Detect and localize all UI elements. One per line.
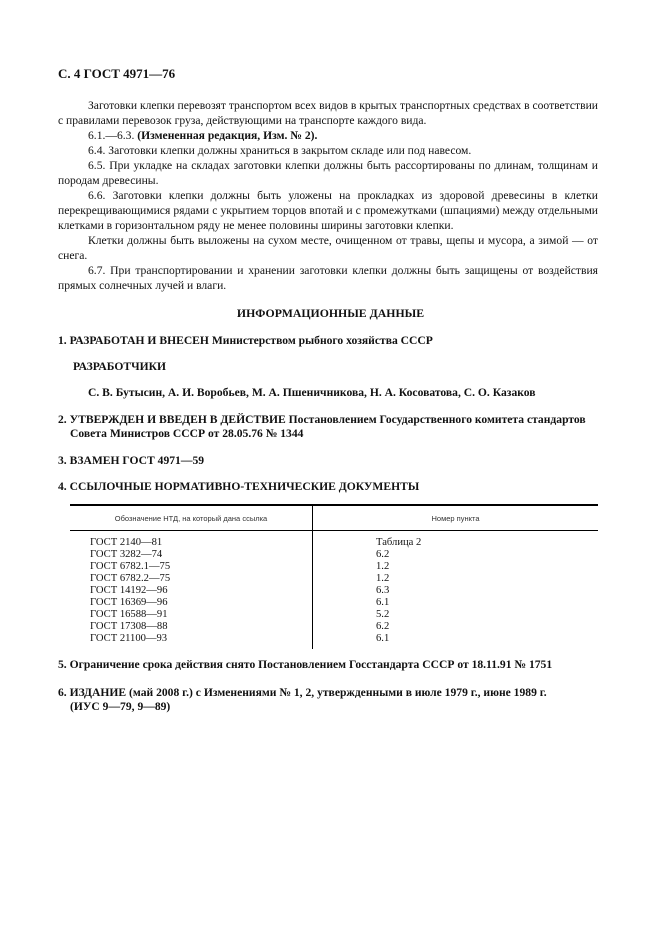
info-item-2-line1: 2. УТВЕРЖДЕН И ВВЕДЕН В ДЕЙСТВИЕ Постано…: [58, 413, 586, 426]
table-row: ГОСТ 6782.2—751.2: [70, 573, 598, 585]
developers-label: РАЗРАБОТЧИКИ: [73, 360, 618, 374]
table-row: ГОСТ 21100—936.1: [70, 633, 598, 649]
paragraph: 6.1.—6.3. (Измененная редакция, Изм. № 2…: [58, 128, 598, 143]
doc-designation: ГОСТ 3282—74: [70, 549, 313, 561]
clause-number: 5.2: [313, 609, 599, 621]
doc-designation: ГОСТ 14192—96: [70, 585, 313, 597]
developers-list: С. В. Бутысин, А. И. Воробьев, М. А. Пше…: [88, 386, 633, 400]
column-header: Обозначение НТД, на который дана ссылка: [70, 505, 313, 531]
paragraph: 6.5. При укладке на складах заготовки кл…: [58, 158, 598, 188]
column-header: Номер пункта: [313, 505, 599, 531]
paragraph: Клетки должны быть выложены на сухом мес…: [58, 233, 598, 263]
info-item-4: 4. ССЫЛОЧНЫЕ НОРМАТИВНО-ТЕХНИЧЕСКИЕ ДОКУ…: [58, 480, 603, 494]
doc-designation: ГОСТ 21100—93: [70, 633, 313, 649]
doc-designation: ГОСТ 17308—88: [70, 621, 313, 633]
clause-number: 1.2: [313, 561, 599, 573]
page-header: С. 4 ГОСТ 4971—76: [58, 66, 175, 82]
paragraph: Заготовки клепки перевозят транспортом в…: [58, 98, 598, 128]
info-item-6-line2: (ИУС 9—79, 9—89): [58, 700, 603, 714]
table-row: ГОСТ 6782.1—751.2: [70, 561, 598, 573]
section-title: ИНФОРМАЦИОННЫЕ ДАННЫЕ: [0, 306, 661, 321]
reference-documents-table: Обозначение НТД, на который дана ссылка …: [70, 504, 598, 649]
clause-number: 6.1: [313, 597, 599, 609]
paragraph: 6.4. Заготовки клепки должны храниться в…: [58, 143, 598, 158]
table-row: ГОСТ 14192—966.3: [70, 585, 598, 597]
paragraph: 6.7. При транспортировании и хранении за…: [58, 263, 598, 293]
amendment-note: (Измененная редакция, Изм. № 2).: [137, 129, 317, 142]
info-item-5: 5. Ограничение срока действия снято Пост…: [58, 658, 603, 672]
clause-number: 6.3: [313, 585, 599, 597]
info-item-2-line2: Совета Министров СССР от 28.05.76 № 1344: [58, 427, 603, 441]
clause-number: 6.2: [313, 621, 599, 633]
document-page: С. 4 ГОСТ 4971—76 Заготовки клепки перев…: [0, 0, 661, 936]
clause-number: 1.2: [313, 573, 599, 585]
info-item-3: 3. ВЗАМЕН ГОСТ 4971—59: [58, 454, 603, 468]
doc-designation: ГОСТ 6782.2—75: [70, 573, 313, 585]
info-item-6: 6. ИЗДАНИЕ (май 2008 г.) с Изменениями №…: [58, 686, 603, 714]
table-row: ГОСТ 16588—915.2: [70, 609, 598, 621]
clause-ref: 6.1.—6.3.: [88, 129, 137, 142]
table-row: ГОСТ 3282—746.2: [70, 549, 598, 561]
info-item-2: 2. УТВЕРЖДЕН И ВВЕДЕН В ДЕЙСТВИЕ Постано…: [58, 413, 603, 441]
doc-designation: ГОСТ 16588—91: [70, 609, 313, 621]
paragraph: 6.6. Заготовки клепки должны быть уложен…: [58, 188, 598, 233]
table-row: ГОСТ 16369—966.1: [70, 597, 598, 609]
body-text: Заготовки клепки перевозят транспортом в…: [58, 98, 598, 293]
clause-number: 6.2: [313, 549, 599, 561]
table-row: ГОСТ 2140—81Таблица 2: [70, 531, 598, 550]
doc-designation: ГОСТ 2140—81: [70, 531, 313, 550]
clause-number: 6.1: [313, 633, 599, 649]
doc-designation: ГОСТ 6782.1—75: [70, 561, 313, 573]
table-row: ГОСТ 17308—886.2: [70, 621, 598, 633]
clause-number: Таблица 2: [313, 531, 599, 550]
doc-designation: ГОСТ 16369—96: [70, 597, 313, 609]
info-item-1: 1. РАЗРАБОТАН И ВНЕСЕН Министерством рыб…: [58, 334, 603, 348]
info-item-6-line1: 6. ИЗДАНИЕ (май 2008 г.) с Изменениями №…: [58, 686, 547, 699]
